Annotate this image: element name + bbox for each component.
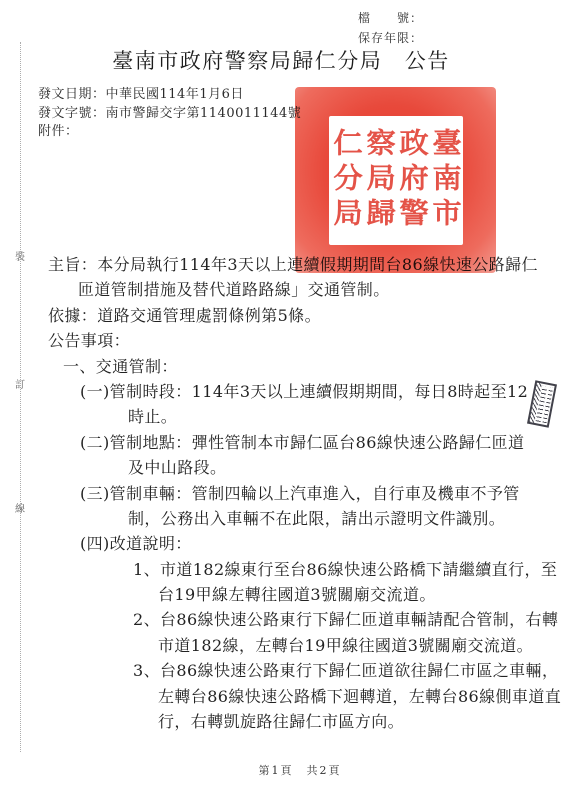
item-1-2-cont: 及中山路段。 bbox=[128, 455, 562, 480]
detour-2: 2、台86線快速公路東行下歸仁匝道車輛請配合管制，右轉 bbox=[133, 607, 562, 632]
page-title: 臺南市政府警察局歸仁分局 公告 bbox=[0, 45, 562, 75]
item-1-3: (三)管制車輛：管制四輪以上汽車進入，自行車及機車不予管 bbox=[80, 481, 562, 506]
seal-text-col-3: 察局歸 bbox=[363, 128, 395, 233]
seal-text-col-1: 臺南市 bbox=[429, 128, 461, 233]
announcement-items-heading: 公告事項： bbox=[48, 328, 562, 353]
item-1-1-cont: 時止。 bbox=[128, 404, 562, 429]
item-1-3-cont: 制，公務出入車輛不在此限，請出示證明文件識別。 bbox=[128, 506, 562, 531]
page-number-footer: 第1頁 共2頁 bbox=[38, 762, 562, 778]
attachment-label: 附件： bbox=[38, 123, 301, 142]
seal-text-col-2: 政府警 bbox=[396, 128, 428, 233]
issue-date: 發文日期：中華民國114年1月6日 bbox=[38, 86, 301, 105]
document-meta: 發文日期：中華民國114年1月6日 發文字號：南市警歸交字第1140011144… bbox=[38, 86, 301, 142]
detour-1: 1、市道182線東行至台86線快速公路橋下請繼續直行，至 bbox=[133, 557, 562, 582]
item-1-1: (一)管制時段：114年3天以上連續假期期間，每日8時起至12 bbox=[80, 379, 562, 404]
announcement-body: 主旨：本分局執行114年3天以上連續假期期間台86線快速公路歸仁 匝道管制措施及… bbox=[0, 252, 562, 734]
detour-3-cont: 左轉台86線快速公路橋下迴轉道，左轉台86線側車道直 bbox=[158, 684, 562, 709]
doc-number: 發文字號：南市警歸交字第1140011144號 bbox=[38, 105, 301, 124]
seal-text-col-4: 仁分局 bbox=[331, 128, 363, 233]
file-number-label: 檔 號： bbox=[358, 8, 423, 28]
subject-line-cont: 匝道管制措施及替代道路路線」交通管制。 bbox=[78, 277, 562, 302]
item-1-2: (二)管制地點：彈性管制本市歸仁區台86線快速公路歸仁匝道 bbox=[80, 430, 562, 455]
legal-basis-line: 依據：道路交通管理處罰條例第5條。 bbox=[48, 303, 562, 328]
official-seal-inner: 臺南市 政府警 察局歸 仁分局 bbox=[329, 116, 463, 245]
archive-labels: 檔 號： 保存年限： bbox=[358, 8, 423, 48]
item-1-heading: 一、交通管制： bbox=[63, 354, 562, 379]
detour-1-cont: 台19甲線左轉往國道3號關廟交流道。 bbox=[158, 582, 562, 607]
detour-3-cont2: 行，右轉凱旋路往歸仁市區方向。 bbox=[158, 709, 562, 734]
detour-3: 3、台86線快速公路東行下歸仁匝道欲往歸仁市區之車輛， bbox=[133, 658, 562, 683]
official-seal-stamp: 臺南市 政府警 察局歸 仁分局 bbox=[295, 87, 496, 273]
item-1-4: (四)改道說明： bbox=[80, 531, 562, 556]
detour-2-cont: 市道182線，左轉台19甲線往國道3號關廟交流道。 bbox=[158, 633, 562, 658]
